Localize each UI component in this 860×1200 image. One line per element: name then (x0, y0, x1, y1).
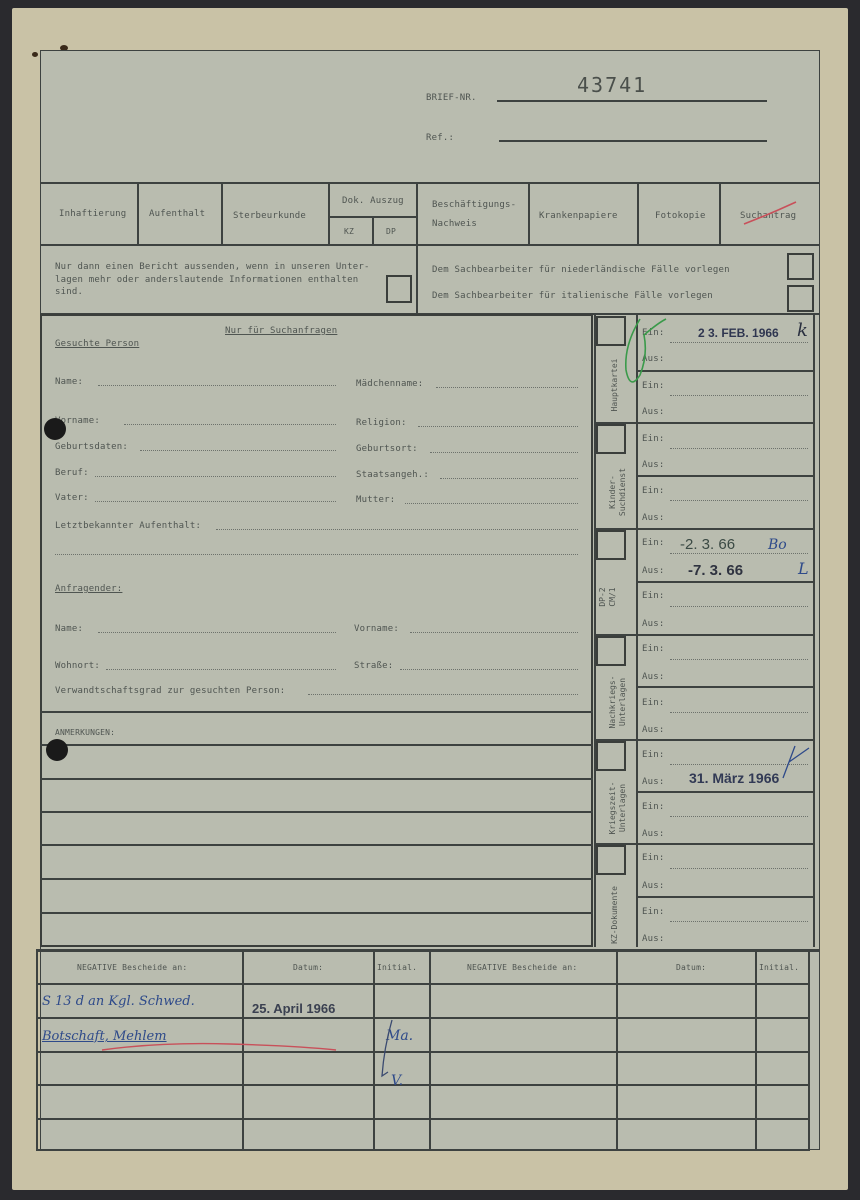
dp2-ein-initials: Bo (768, 537, 787, 553)
category-aufenthalt[interactable]: Aufenthalt (149, 209, 205, 219)
dp2-aus-stamp: -7. 3. 66 (688, 562, 743, 579)
aus-label: Aus: (642, 672, 664, 682)
last-residence-input-2[interactable] (55, 554, 578, 555)
kriegszeit-aus-stamp: 31. März 1966 (689, 770, 779, 786)
field-mutter-input[interactable] (405, 503, 578, 504)
category-krankenpapiere[interactable]: Krankenpapiere (539, 211, 618, 221)
remarks-line[interactable] (40, 778, 593, 780)
field-staatsangeh-label: Staatsangeh.: (356, 470, 429, 480)
requester-residence-input[interactable] (106, 669, 336, 670)
divider (616, 949, 618, 1149)
report-note-line3: sind. (55, 287, 83, 297)
ein-input[interactable] (670, 659, 808, 660)
sought-person-heading: Gesuchte Person (55, 339, 139, 349)
last-residence-input[interactable] (216, 529, 578, 530)
divider (40, 244, 820, 246)
dp2-ein-stamp: -2. 3. 66 (680, 536, 735, 553)
requester-name-input[interactable] (98, 632, 336, 633)
divider (429, 949, 431, 1149)
dp2-checkbox[interactable] (596, 530, 626, 560)
ein-label: Ein: (642, 486, 664, 496)
divider (328, 182, 330, 244)
divider (808, 949, 810, 1149)
requester-residence-label: Wohnort: (55, 661, 100, 671)
aus-label: Aus: (642, 881, 664, 891)
ein-label: Ein: (642, 853, 664, 863)
red-underline-icon (100, 1040, 340, 1054)
hauptkartei-initials: k (797, 320, 808, 341)
neg-header-initial-left: Initial. (377, 963, 417, 972)
remarks-line[interactable] (40, 844, 593, 846)
search-section-title: Nur für Suchanfragen (225, 326, 337, 336)
ein-input[interactable] (670, 500, 808, 501)
category-beschaeftigung[interactable]: Beschäftigungs- (432, 200, 516, 210)
section-label-kz-dokumente: KZ-Dokumente (610, 875, 630, 955)
ein-label: Ein: (642, 538, 664, 548)
ein-input[interactable] (670, 553, 808, 554)
category-beschaeftigung-2[interactable]: Nachweis (432, 219, 477, 229)
form-sheet: BRIEF-NR. 43741 Ref.: Inhaftierung Aufen… (40, 50, 820, 1150)
field-beruf-label: Beruf: (55, 468, 89, 478)
category-dok-auszug[interactable]: Dok. Auszug (342, 196, 404, 206)
category-fotokopie[interactable]: Fotokopie (655, 211, 706, 221)
category-inhaftierung[interactable]: Inhaftierung (59, 209, 126, 219)
ein-input[interactable] (670, 712, 808, 713)
category-sterbeurkunde[interactable]: Sterbeurkunde (233, 211, 306, 221)
divider (637, 475, 814, 477)
ein-label: Ein: (642, 591, 664, 601)
ein-label: Ein: (642, 750, 664, 760)
remarks-line[interactable] (40, 878, 593, 880)
remarks-label: ANMERKUNGEN: (55, 728, 115, 737)
field-vorname-input[interactable] (124, 424, 336, 425)
divider (813, 314, 815, 947)
kz-dokumente-checkbox[interactable] (596, 845, 626, 875)
report-note-line1: Nur dann einen Bericht aussenden, wenn i… (55, 262, 370, 272)
divider (637, 182, 639, 244)
aus-label: Aus: (642, 777, 664, 787)
divider (416, 182, 418, 314)
field-religion-label: Religion: (356, 418, 407, 428)
ein-input[interactable] (670, 816, 808, 817)
report-checkbox[interactable] (386, 275, 412, 303)
aus-label: Aus: (642, 934, 664, 944)
field-name-label: Name: (55, 377, 83, 387)
remarks-line[interactable] (40, 811, 593, 813)
brief-nr-value: 43741 (577, 73, 647, 97)
divider (636, 314, 638, 947)
field-religion-input[interactable] (418, 426, 578, 427)
neg-header-initial-right: Initial. (759, 963, 799, 972)
kinder-suchdienst-checkbox[interactable] (596, 424, 626, 454)
divider (36, 949, 38, 1149)
divider (637, 896, 814, 898)
ein-input[interactable] (670, 921, 808, 922)
section-label-kinder-suchdienst: Kinder- Suchdienst (608, 452, 632, 532)
hauptkartei-ein-stamp: 2 3. FEB. 1966 (698, 326, 779, 340)
requester-firstname-label: Vorname: (354, 624, 399, 634)
aus-label: Aus: (642, 407, 664, 417)
divider (637, 581, 814, 583)
requester-name-label: Name: (55, 624, 83, 634)
aus-label: Aus: (642, 460, 664, 470)
green-pen-mark-icon (618, 315, 668, 395)
ein-input[interactable] (670, 395, 808, 396)
ein-label: Ein: (642, 802, 664, 812)
dutch-cases-checkbox[interactable] (787, 253, 814, 280)
neg-row1-date: 25. April 1966 (252, 1001, 335, 1016)
field-vater-label: Vater: (55, 493, 89, 503)
neg-header-date-right: Datum: (676, 963, 706, 972)
neg-header-date-left: Datum: (293, 963, 323, 972)
relationship-label: Verwandtschaftsgrad zur gesuchten Person… (55, 686, 285, 696)
requester-street-input[interactable] (400, 669, 578, 670)
divider (373, 949, 375, 1149)
field-name-input[interactable] (98, 385, 336, 386)
divider (594, 634, 814, 636)
search-section-border (40, 314, 593, 947)
divider (36, 983, 810, 985)
relationship-input[interactable] (308, 694, 578, 695)
section-label-dp2: DP-2 CM/1 (598, 567, 622, 627)
field-geburtsort-input[interactable] (430, 452, 578, 453)
remarks-line[interactable] (40, 912, 593, 914)
field-beruf-input[interactable] (95, 476, 336, 477)
aus-label: Aus: (642, 829, 664, 839)
dutch-cases-label: Dem Sachbearbeiter für niederländische F… (432, 265, 730, 275)
divider (221, 182, 223, 244)
report-note-line2: lagen mehr oder anderslautende Informati… (55, 275, 358, 285)
divider (528, 182, 530, 244)
neg-header-recipient-right: NEGATIVE Bescheide an: (467, 963, 577, 972)
category-dok-kz[interactable]: KZ (344, 227, 354, 236)
field-geburtsort-label: Geburtsort: (356, 444, 418, 454)
ein-label: Ein: (642, 698, 664, 708)
punch-hole (44, 418, 66, 440)
blue-check-mark-icon (775, 742, 815, 782)
field-geburtsdaten-label: Geburtsdaten: (55, 442, 128, 452)
remarks-line[interactable] (40, 744, 593, 746)
divider (637, 791, 814, 793)
aus-label: Aus: (642, 566, 664, 576)
field-vater-input[interactable] (95, 501, 336, 502)
requester-heading: Anfragender: (55, 584, 122, 594)
divider (40, 182, 820, 184)
ein-label: Ein: (642, 907, 664, 917)
ein-label: Ein: (642, 434, 664, 444)
ref-label: Ref.: (426, 133, 454, 143)
requester-firstname-input[interactable] (410, 632, 578, 633)
divider (36, 1017, 810, 1019)
aus-label: Aus: (642, 725, 664, 735)
field-maedchenname-input[interactable] (436, 387, 578, 388)
ref-line (499, 140, 767, 142)
field-maedchenname-label: Mädchenname: (356, 379, 423, 389)
field-geburtsdaten-input[interactable] (140, 450, 336, 451)
divider (36, 1084, 810, 1086)
kriegszeit-checkbox[interactable] (596, 741, 626, 771)
ein-input[interactable] (670, 342, 808, 343)
italian-cases-checkbox[interactable] (787, 285, 814, 312)
ein-input[interactable] (670, 868, 808, 869)
dp2-aus-initials: L (798, 559, 809, 578)
brief-nr-line (497, 100, 767, 102)
neg-header-recipient-left: NEGATIVE Bescheide an: (77, 963, 187, 972)
divider (372, 216, 374, 244)
field-mutter-label: Mutter: (356, 495, 395, 505)
punch-hole (46, 739, 68, 761)
category-dok-dp[interactable]: DP (386, 227, 396, 236)
neg-row1-recipient: S 13 d an Kgl. Schwed. (42, 994, 195, 1009)
divider (36, 1149, 810, 1151)
aus-label: Aus: (642, 619, 664, 629)
aus-label: Aus: (642, 513, 664, 523)
ein-label: Ein: (642, 644, 664, 654)
divider (719, 182, 721, 244)
ein-input[interactable] (670, 448, 808, 449)
field-staatsangeh-input[interactable] (440, 478, 578, 479)
divider (637, 686, 814, 688)
divider (36, 949, 820, 952)
ink-spot (32, 52, 38, 57)
red-strike-icon (740, 198, 800, 228)
divider (36, 1118, 810, 1120)
neg-row3-initial: V. (391, 1073, 403, 1089)
italian-cases-label: Dem Sachbearbeiter für italienische Fäll… (432, 291, 713, 301)
section-label-kriegszeit: Kriegszeit- Unterlagen (608, 768, 632, 848)
brief-nr-label: BRIEF-NR. (426, 93, 477, 103)
section-label-nachkriegs: Nachkriegs- Unterlagen (608, 662, 632, 742)
divider (40, 711, 593, 713)
ein-input[interactable] (670, 606, 808, 607)
last-residence-label: Letztbekannter Aufenthalt: (55, 521, 201, 531)
requester-street-label: Straße: (354, 661, 393, 671)
divider (137, 182, 139, 244)
divider (755, 949, 757, 1149)
